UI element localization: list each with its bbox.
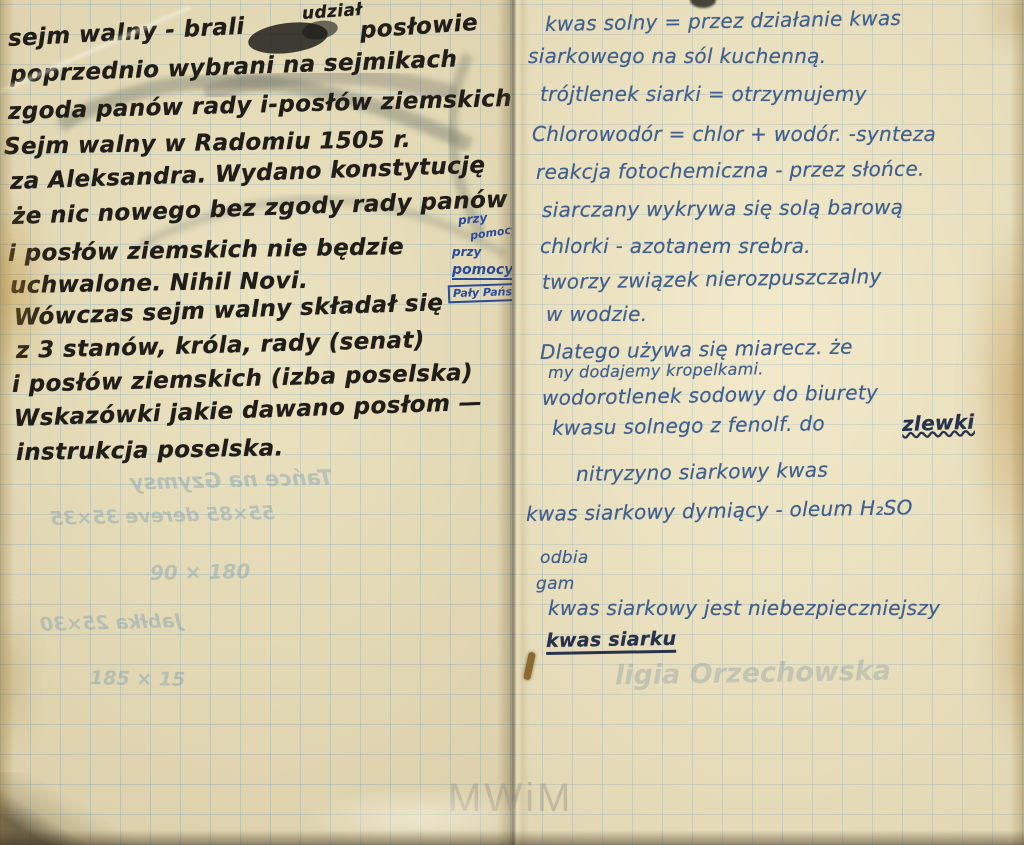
bleedthrough-text: Tańce na Gzymsy	[130, 465, 333, 494]
handwritten-line: kwasu solnego z fenolf. do	[552, 411, 825, 440]
underlined-word: zlewki	[902, 409, 975, 436]
notebook-scan: Tańce na Gzymsy 55×85 dereve 35×35 90 × …	[0, 0, 1024, 845]
interlinear-insert: my dodajemy kropelkami.	[548, 359, 764, 382]
handwritten-line: nitryzyno siarkowy kwas	[576, 458, 828, 486]
handwritten-line: uchwalone. Nihil Novi.	[10, 268, 309, 299]
handwritten-line: instrukcja poselska.	[16, 435, 284, 466]
handwritten-line: za Aleksandra. Wydano konstytucję	[10, 152, 486, 195]
margin-note-line: pomocy	[452, 262, 513, 280]
handwritten-line: trójtlenek siarki = otrzymujemy	[540, 82, 867, 106]
bleedthrough-text: 185 × 15	[90, 667, 186, 691]
paper-stain	[0, 600, 35, 760]
handwritten-line: siarkowego na sól kuchenną.	[528, 44, 826, 68]
handwritten-line: i posłów ziemskich nie będzie	[8, 234, 405, 267]
bleedthrough-text: 90 × 180	[150, 559, 251, 585]
handwritten-line: Chlorowodór = chlor + wodór. -synteza	[532, 122, 936, 146]
underlined-word: kwas siarku	[546, 628, 677, 655]
handwritten-line: poprzednio wybrani na sejmikach	[10, 46, 458, 88]
handwritten-line: Sejm walny w Radomiu 1505 r.	[4, 127, 411, 160]
bleedthrough-text: 55×85 dereve 35×35	[50, 502, 275, 530]
handwritten-line: chlorki - azotanem srebra.	[540, 234, 811, 258]
interlinear-insert: udział	[301, 0, 362, 24]
handwritten-line: siarczany wykrywa się solą barową	[542, 195, 903, 222]
left-page: Tańce na Gzymsy 55×85 dereve 35×35 90 × …	[0, 0, 512, 845]
margin-note-line: przy	[457, 211, 488, 228]
handwritten-line: że nic nowego bez zgody rady panów	[12, 187, 509, 230]
page-curl-highlight	[300, 788, 540, 845]
handwritten-line: w wodzie.	[546, 302, 647, 326]
handwritten-line: odbia	[540, 548, 589, 568]
handwritten-line: kwas siarkowy jest niebezpieczniejszy	[548, 596, 940, 620]
margin-note-line: przy	[452, 245, 481, 259]
handwritten-line: zgoda panów rady i-posłów ziemskich	[8, 86, 513, 125]
bleedthrough-text: Jabłka 25×30	[40, 610, 182, 636]
handwritten-line: reakcja fotochemiczna - przez słońce.	[536, 157, 925, 184]
handwritten-line: gam	[536, 574, 575, 594]
handwritten-line: posłowie	[359, 10, 479, 44]
handwritten-line: z 3 stanów, króla, rady (senat)	[16, 327, 425, 364]
